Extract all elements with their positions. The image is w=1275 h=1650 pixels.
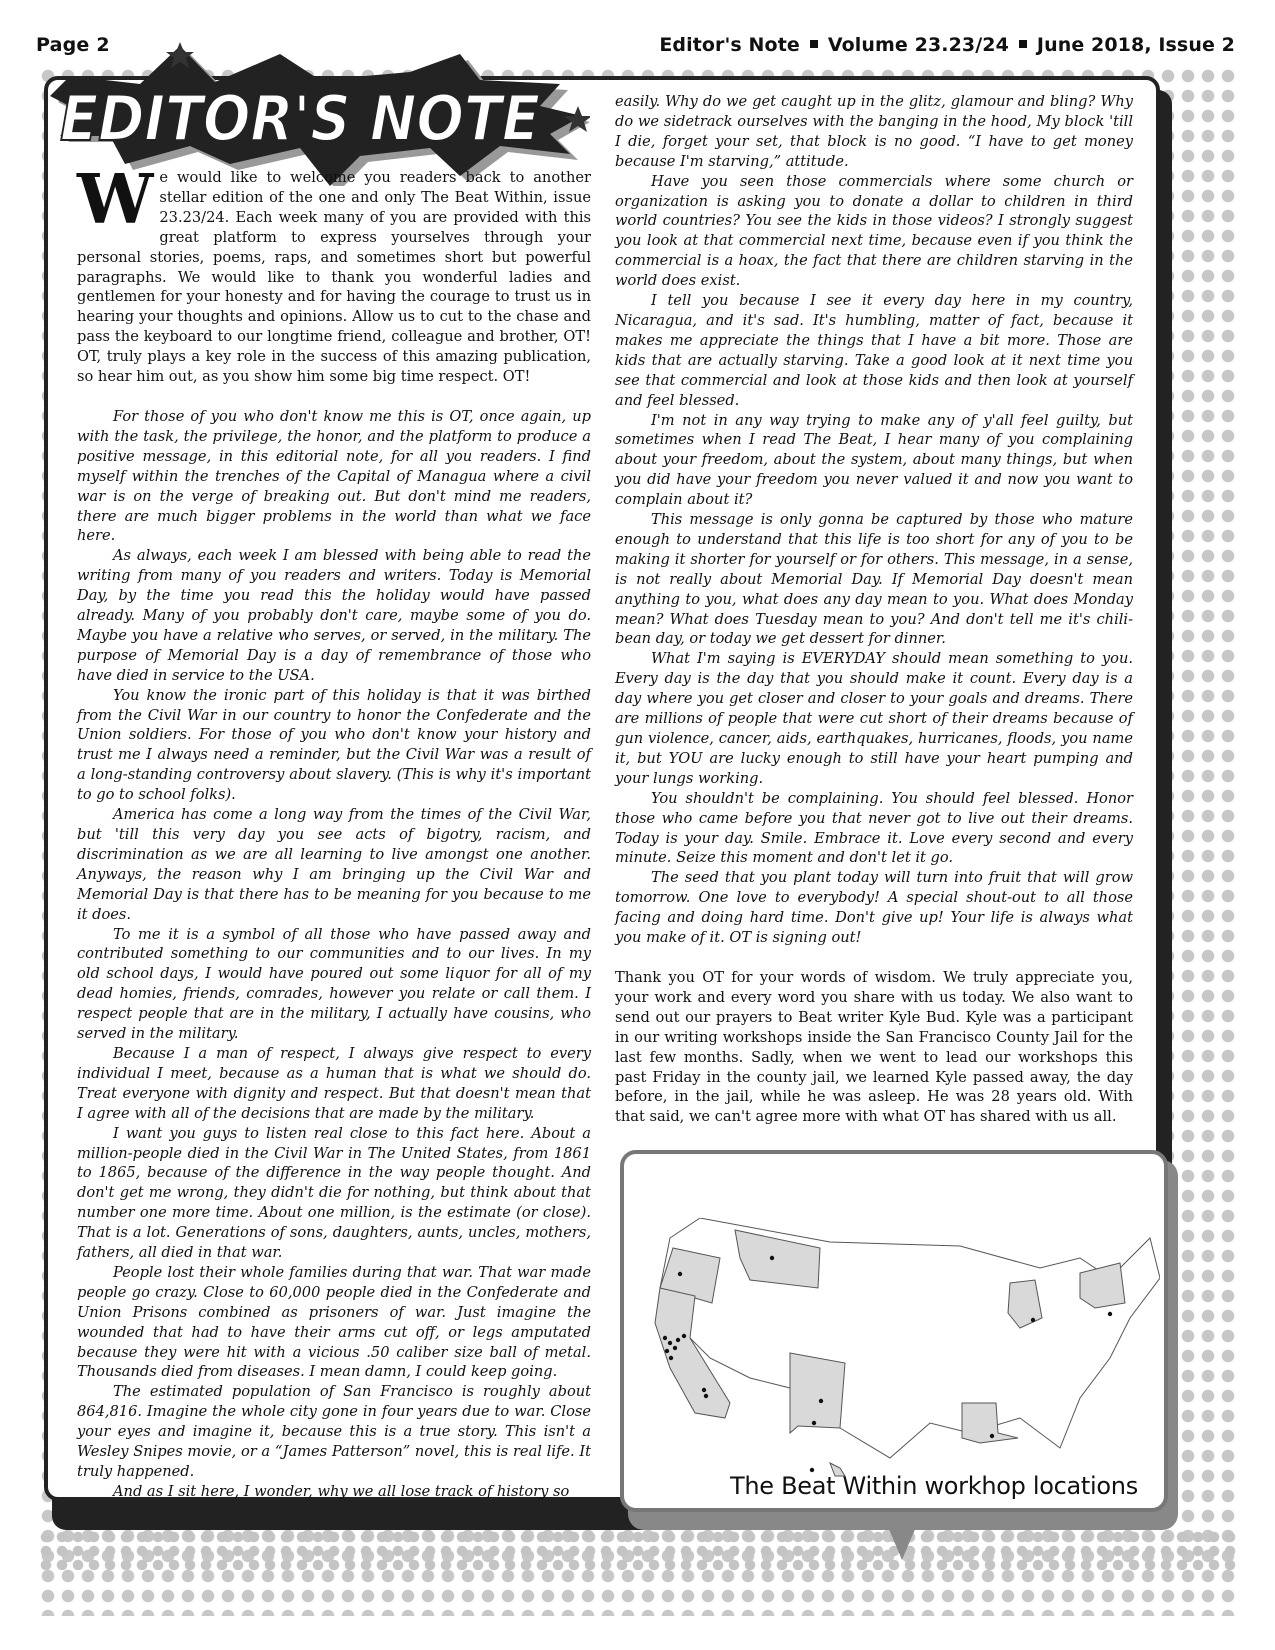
issue-date: June 2018, Issue 2 bbox=[1037, 34, 1235, 56]
letter-paragraph: I want you guys to listen real close to … bbox=[77, 1124, 591, 1263]
workshop-location-dot bbox=[663, 1336, 667, 1340]
state-new-mexico bbox=[790, 1353, 845, 1433]
workshop-location-dot bbox=[669, 1356, 673, 1360]
letter-paragraph: Have you seen those commercials where so… bbox=[615, 172, 1133, 291]
letter-paragraph: To me it is a symbol of all those who ha… bbox=[77, 925, 591, 1044]
workshop-location-dot bbox=[990, 1434, 994, 1438]
letter-paragraph: People lost their whole families during … bbox=[77, 1263, 591, 1382]
workshop-location-dot bbox=[665, 1349, 669, 1353]
letter-paragraph: And as I sit here, I wonder, why we all … bbox=[77, 1482, 591, 1502]
intro-text: e would like to welcome you readers back… bbox=[77, 169, 591, 385]
letter-continuation: easily. Why do we get caught up in the g… bbox=[615, 92, 1133, 172]
map-caption: The Beat Within workhop locations bbox=[730, 1472, 1138, 1500]
workshop-location-dot bbox=[1108, 1312, 1112, 1316]
separator-square-icon bbox=[1019, 40, 1027, 48]
workshop-location-dot bbox=[668, 1341, 672, 1345]
outro-paragraph: Thank you OT for your words of wisdom. W… bbox=[615, 968, 1133, 1127]
map-callout-tail bbox=[880, 1508, 924, 1560]
workshop-location-dot bbox=[770, 1256, 774, 1260]
intro-paragraph: We would like to welcome you readers bac… bbox=[77, 168, 591, 387]
workshop-location-dot bbox=[704, 1394, 708, 1398]
right-column: easily. Why do we get caught up in the g… bbox=[615, 92, 1133, 1127]
workshop-location-dot bbox=[678, 1272, 682, 1276]
letter-paragraph: I tell you because I see it every day he… bbox=[615, 291, 1133, 410]
workshop-location-dot bbox=[702, 1388, 706, 1392]
running-header: Editor's NoteVolume 23.23/24June 2018, I… bbox=[659, 34, 1235, 56]
workshop-location-dot bbox=[812, 1421, 816, 1425]
letter-paragraph: For those of you who don't know me this … bbox=[77, 407, 591, 546]
volume: Volume 23.23/24 bbox=[828, 34, 1009, 56]
title-text: EDITOR'S NOTE bbox=[60, 82, 540, 155]
us-workshop-map bbox=[640, 1218, 1160, 1478]
workshop-location-dot bbox=[819, 1399, 823, 1403]
halftone-footer bbox=[38, 1530, 1238, 1570]
letter-paragraph: As always, each week I am blessed with b… bbox=[77, 546, 591, 685]
drop-cap: W bbox=[77, 170, 153, 230]
letter-part-1: For those of you who don't know me this … bbox=[77, 407, 591, 1502]
letter-paragraph: The seed that you plant today will turn … bbox=[615, 868, 1133, 948]
letter-paragraph: Because I a man of respect, I always giv… bbox=[77, 1044, 591, 1124]
letter-paragraph: America has come a long way from the tim… bbox=[77, 805, 591, 924]
workshop-location-dot bbox=[676, 1338, 680, 1342]
letter-paragraph: What I'm saying is EVERYDAY should mean … bbox=[615, 649, 1133, 788]
letter-part-2: easily. Why do we get caught up in the g… bbox=[615, 92, 1133, 948]
letter-paragraph: You know the ironic part of this holiday… bbox=[77, 686, 591, 805]
left-column: We would like to welcome you readers bac… bbox=[77, 168, 591, 1502]
us-outline bbox=[660, 1218, 1160, 1458]
letter-paragraph: I'm not in any way trying to make any of… bbox=[615, 411, 1133, 511]
letter-paragraph: You shouldn't be complaining. You should… bbox=[615, 789, 1133, 869]
letter-paragraph: The estimated population of San Francisc… bbox=[77, 1382, 591, 1482]
workshop-location-dot bbox=[682, 1334, 686, 1338]
workshop-location-dot bbox=[673, 1346, 677, 1350]
separator-square-icon bbox=[810, 40, 818, 48]
workshop-location-dot bbox=[1031, 1318, 1035, 1322]
letter-paragraph: This message is only gonna be captured b… bbox=[615, 510, 1133, 649]
section-name: Editor's Note bbox=[659, 34, 800, 56]
